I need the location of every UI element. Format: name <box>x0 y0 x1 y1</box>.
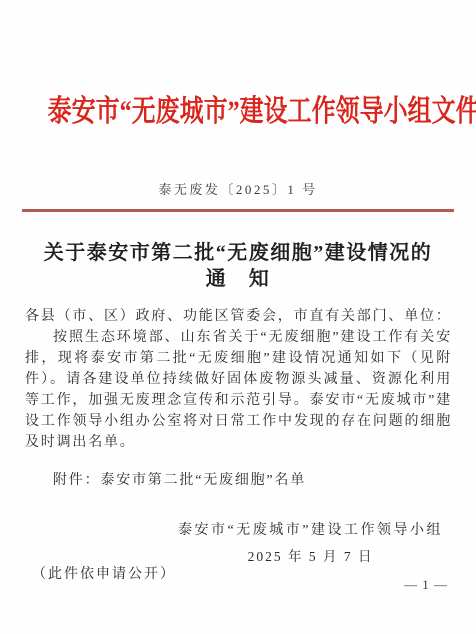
document-title: 关于泰安市第二批“无废细胞”建设情况的 通 知 <box>24 240 452 292</box>
document-title-line2: 通 知 <box>24 266 452 292</box>
signature-block: 泰安市“无废城市”建设工作领导小组 2025 年 5 月 7 日 <box>178 519 443 565</box>
body-paragraph: 按照生态环境部、山东省关于“无废细胞”建设工作有关安排，现将泰安市第二批“无废细… <box>25 327 452 453</box>
document-page: 泰安市“无废城市”建设工作领导小组文件 泰无废发〔2025〕1 号 关于泰安市第… <box>0 0 476 634</box>
signature-date: 2025 年 5 月 7 日 <box>178 545 443 565</box>
document-banner-title: 泰安市“无废城市”建设工作领导小组文件 <box>48 86 429 130</box>
red-divider-line <box>22 209 454 212</box>
document-body: 各县（市、区）政府、功能区管委会，市直有关部门、单位： 按照生态环境部、山东省关… <box>25 306 452 491</box>
attachment-line: 附件：泰安市第二批“无废细胞”名单 <box>25 470 452 491</box>
page-number: — 1 — <box>404 577 448 593</box>
signature-organization: 泰安市“无废城市”建设工作领导小组 <box>178 519 443 539</box>
document-title-line1: 关于泰安市第二批“无废细胞”建设情况的 <box>24 240 452 266</box>
salutation-line: 各县（市、区）政府、功能区管委会，市直有关部门、单位： <box>25 306 452 327</box>
disclosure-note: （此件依申请公开） <box>32 563 176 583</box>
document-number: 泰无废发〔2025〕1 号 <box>0 179 476 198</box>
